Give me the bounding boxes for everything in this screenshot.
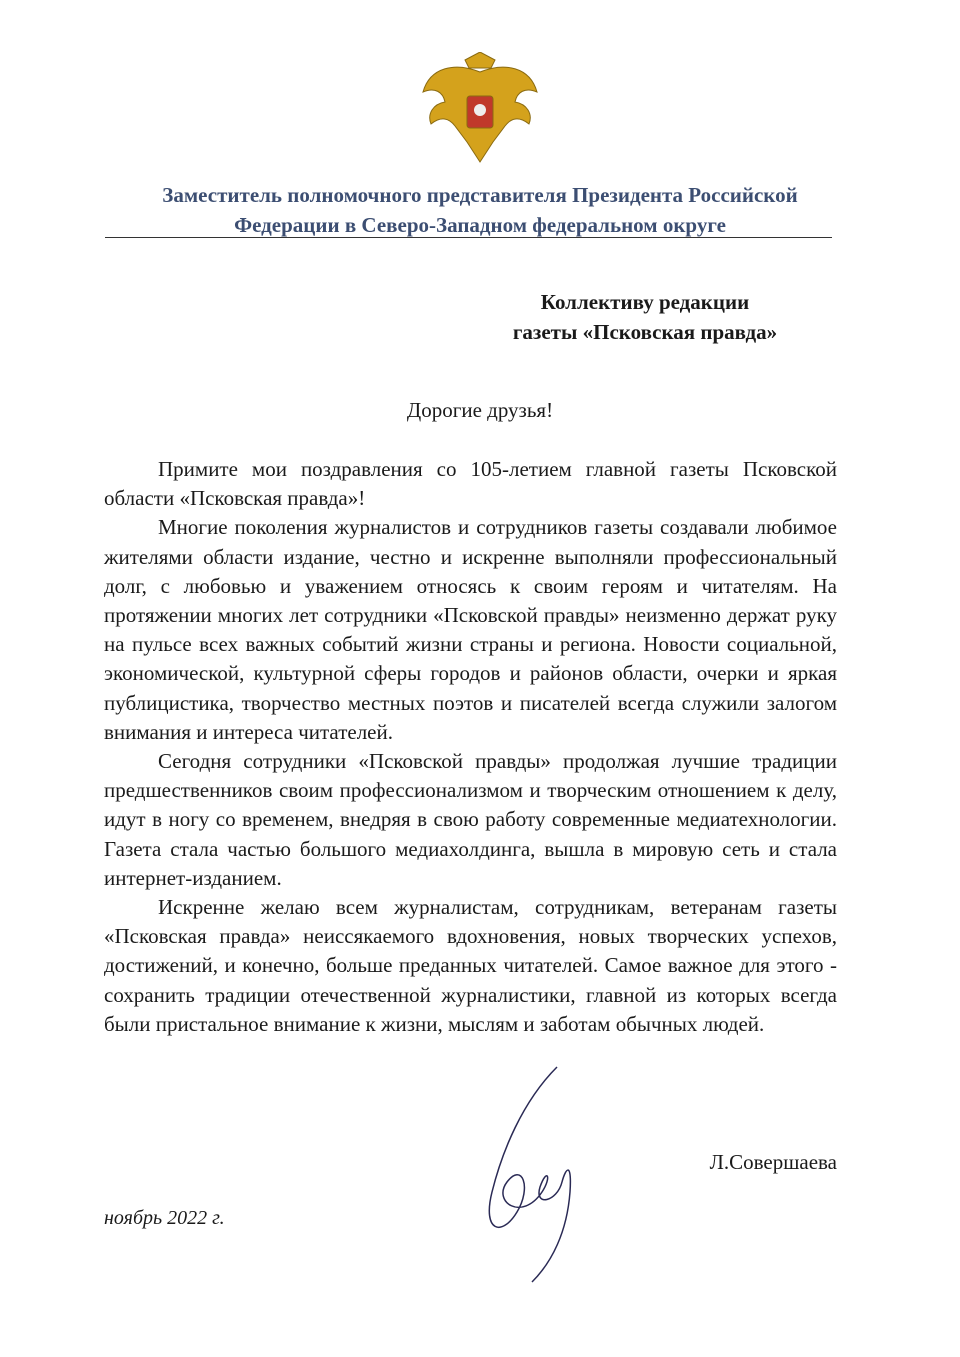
paragraph: Многие поколения журналистов и сотрудник… xyxy=(104,513,837,747)
addressee-line-2: газеты «Псковская правда» xyxy=(440,317,850,347)
signer-name: Л.Совершаева xyxy=(710,1150,837,1175)
coat-of-arms-icon xyxy=(415,52,545,170)
letterhead-title: Заместитель полномочного представителя П… xyxy=(100,180,860,240)
paragraph: Сегодня сотрудники «Псковской правды» пр… xyxy=(104,747,837,893)
header-divider xyxy=(105,237,832,238)
letter-body: Примите мои поздравления со 105-летием г… xyxy=(104,455,837,1039)
paragraph: Примите мои поздравления со 105-летием г… xyxy=(104,455,837,513)
handwritten-signature-icon xyxy=(462,1062,602,1290)
paragraph: Искренне желаю всем журналистам, сотрудн… xyxy=(104,893,837,1039)
addressee-line-1: Коллективу редакции xyxy=(440,287,850,317)
greeting: Дорогие друзья! xyxy=(100,395,860,425)
letterhead-line-1: Заместитель полномочного представителя П… xyxy=(100,180,860,210)
addressee: Коллективу редакции газеты «Псковская пр… xyxy=(440,287,850,347)
letter-date: ноябрь 2022 г. xyxy=(104,1207,225,1230)
letterhead-line-2: Федерации в Северо-Западном федеральном … xyxy=(100,210,860,240)
